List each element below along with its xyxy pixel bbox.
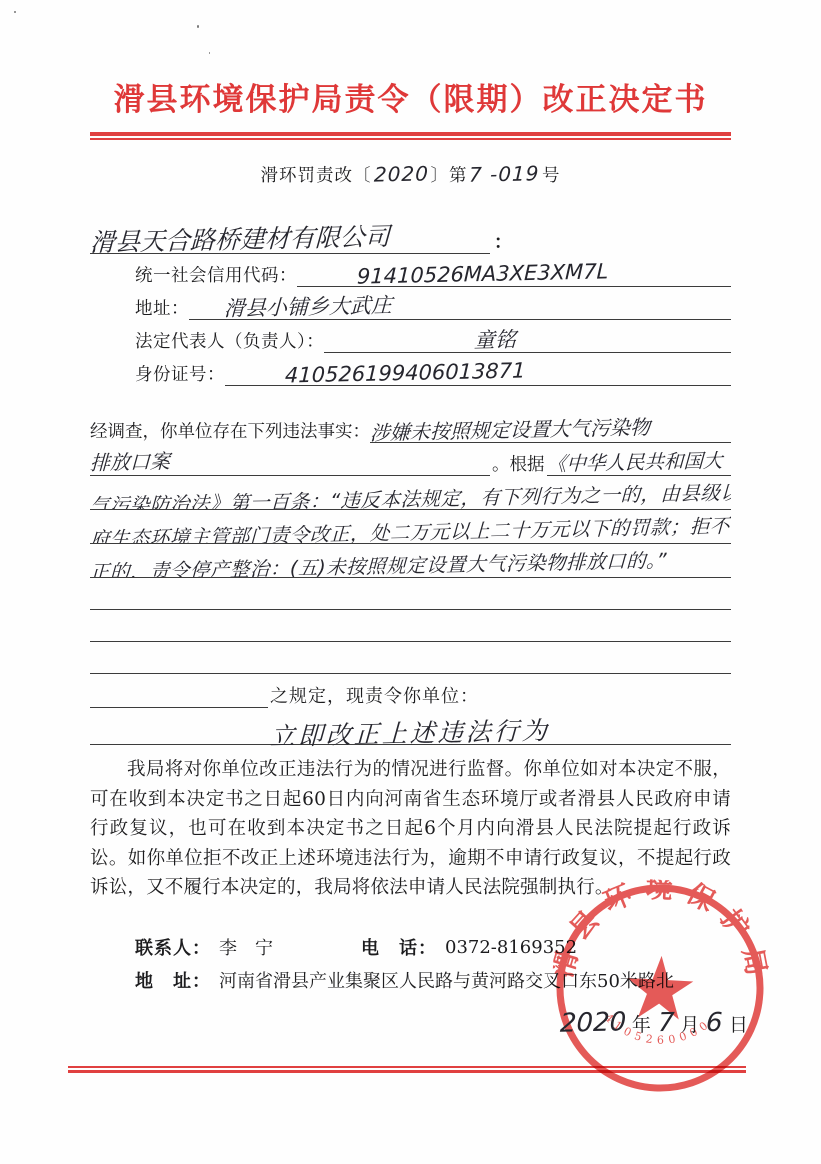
id-number-value-handwritten: 410526199406013871 xyxy=(285,359,526,388)
official-seal: ★ 滑县环境保护局 4105260000 xyxy=(546,874,773,1101)
scanned-decision-document: 滑县环境保护局责令（限期）改正决定书 滑环罚责改〔2020〕第7 -019号 滑… xyxy=(0,0,821,1164)
document-number: 滑环罚责改〔2020〕第7 -019号 xyxy=(90,162,731,192)
scan-speck xyxy=(197,25,199,28)
decision-date: 2020年7月6日 xyxy=(554,1008,749,1037)
legal-representative-label: 法定代表人（负责人）： xyxy=(135,328,324,353)
basis-line-2: 气污染防治法》第一百条：“违反本法规定，有下列行为之一的，由县级以上人民政 xyxy=(90,476,731,510)
id-number-label: 身份证号： xyxy=(135,361,225,386)
basis-text-3-handwritten: 府生态环境主管部门责令改正，处二万元以上二十万元以下的罚款；拒不改 xyxy=(90,510,731,544)
id-number-line: 410526199406013871 xyxy=(225,361,731,386)
blank-writing-line xyxy=(90,610,731,642)
field-id-number: 身份证号： 410526199406013871 xyxy=(135,353,731,386)
findings-section: 经调查，你单位存在下列违法事实： 涉嫌未按照规定设置大气污染物 排放口案 。根据… xyxy=(90,410,731,674)
basis-line-1: 《中华人民共和国大 xyxy=(547,447,732,476)
document-title: 滑县环境保护局责令（限期）改正决定书 xyxy=(90,80,731,120)
credit-code-line: 91410526MA3XE3XM7L xyxy=(297,262,731,287)
credit-code-label: 统一社会信用代码： xyxy=(135,262,297,287)
findings-fact-basis-row: 排放口案 。根据 《中华人民共和国大 xyxy=(90,443,731,476)
date-month-unit: 月 xyxy=(680,1014,700,1036)
field-address: 地址： 滑县小铺乡大武庄 xyxy=(135,287,731,320)
fact-text-2-handwritten: 排放口案 xyxy=(90,446,170,476)
phone-label: 电 话： xyxy=(361,934,437,960)
basis-text-4-handwritten: 正的，责令停产整治：(五)未按照规定设置大气污染物排放口的。” xyxy=(90,545,667,578)
basis-text-1-handwritten: 《中华人民共和国大 xyxy=(547,447,723,476)
header-rule xyxy=(90,132,731,140)
docnum-year-handwritten: 2020 xyxy=(373,162,429,187)
legal-representative-value-handwritten: 童铭 xyxy=(474,324,517,355)
docnum-prefix: 滑环罚责改〔 xyxy=(261,166,372,186)
docnum-suffix: 号 xyxy=(542,166,561,186)
bureau-address-label: 地 址： xyxy=(135,967,211,993)
date-year-handwritten: 2020 xyxy=(559,1007,626,1038)
order-lead-row: 之规定，现责令你单位： xyxy=(90,674,731,708)
field-credit-code: 统一社会信用代码： 91410526MA3XE3XM7L xyxy=(135,254,731,287)
address-value-handwritten: 滑县小铺乡大武庄 xyxy=(224,290,393,324)
order-text-handwritten: 立即改正上述违法行为 xyxy=(270,711,551,753)
docnum-serial-handwritten: 7 -019 xyxy=(469,162,540,187)
order-lead-line xyxy=(90,707,268,708)
findings-intro-label: 经调查，你单位存在下列违法事实： xyxy=(90,418,370,443)
contact-person-name: 李 宁 xyxy=(211,934,273,960)
date-day-handwritten: 6 xyxy=(706,1008,723,1038)
basis-line-4: 正的，责令停产整治：(五)未按照规定设置大气污染物排放口的。” xyxy=(90,544,731,578)
basis-text-2-handwritten: 气污染防治法》第一百条：“违反本法规定，有下列行为之一的，由县级以上人民政 xyxy=(90,476,731,510)
company-colon: ： xyxy=(490,228,512,254)
date-month-handwritten: 7 xyxy=(657,1008,674,1038)
legal-representative-line: 童铭 xyxy=(324,324,731,353)
address-label: 地址： xyxy=(135,295,189,320)
basis-connector: 。根据 xyxy=(490,451,547,476)
company-name-handwritten: 滑县天合路桥建材有限公司 xyxy=(89,217,390,259)
findings-intro-row: 经调查，你单位存在下列违法事实： 涉嫌未按照规定设置大气污染物 xyxy=(90,410,731,443)
docnum-mid: 〕第 xyxy=(430,166,467,186)
fact-line-1: 涉嫌未按照规定设置大气污染物 xyxy=(370,414,731,443)
recipient-company-row: 滑县天合路桥建材有限公司 ： xyxy=(90,216,731,254)
fact-text-1-handwritten: 涉嫌未按照规定设置大气污染物 xyxy=(370,414,650,443)
address-line: 滑县小铺乡大武庄 xyxy=(189,291,731,320)
contact-person-label: 联系人： xyxy=(135,934,211,960)
order-text-row: 立即改正上述违法行为 xyxy=(90,708,731,745)
seal-graphic: ★ 滑县环境保护局 4105260000 xyxy=(546,874,773,1101)
blank-writing-line xyxy=(90,578,731,610)
date-year-unit: 年 xyxy=(632,1014,652,1036)
company-name-line: 滑县天合路桥建材有限公司 xyxy=(90,220,490,254)
scan-speck xyxy=(209,52,210,54)
blank-writing-line xyxy=(90,642,731,674)
fact-line-2: 排放口案 xyxy=(90,446,490,476)
basis-line-3: 府生态环境主管部门责令改正，处二万元以上二十万元以下的罚款；拒不改 xyxy=(90,510,731,544)
field-legal-representative: 法定代表人（负责人）： 童铭 xyxy=(135,320,731,353)
scan-speck xyxy=(14,11,16,13)
order-lead-text: 之规定，现责令你单位： xyxy=(268,682,479,708)
date-day-unit: 日 xyxy=(729,1014,749,1036)
credit-code-value-handwritten: 91410526MA3XE3XM7L xyxy=(357,260,609,289)
